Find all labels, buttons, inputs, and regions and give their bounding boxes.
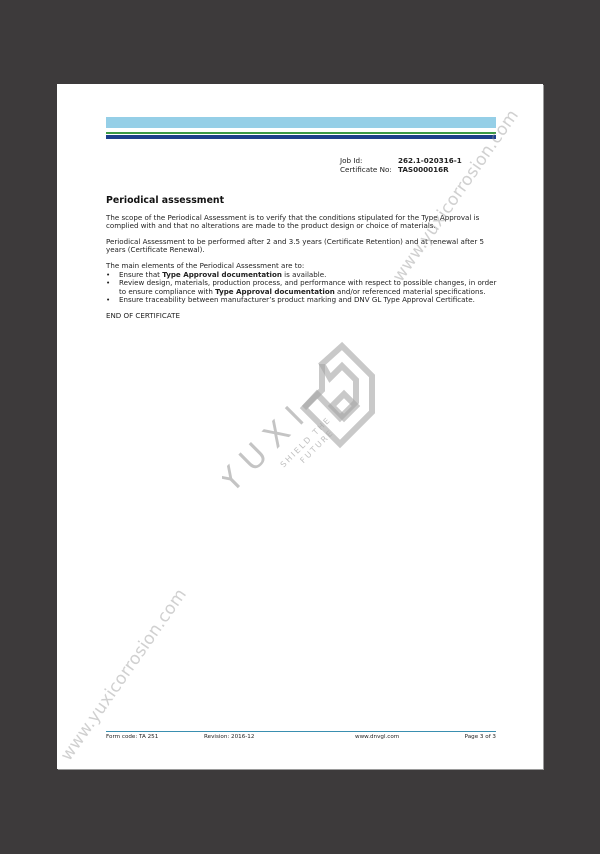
logo-tagline-2: FUTURE bbox=[298, 428, 335, 465]
paragraph-schedule: Periodical Assessment to be performed af… bbox=[106, 238, 498, 255]
cube-shield-icon bbox=[304, 346, 372, 444]
yuxi-logo-watermark: YUXI SHIELD THE FUTURE bbox=[222, 334, 392, 504]
header-bar-navy bbox=[106, 135, 496, 139]
footer-revision: Revision: 2016-12 bbox=[204, 734, 254, 740]
certificate-no-row: Certificate No: TAS000016R bbox=[340, 165, 462, 174]
job-id-row: Job Id: 262.1-020316-1 bbox=[340, 156, 462, 165]
footer-form-code: Form code: TA 251 bbox=[106, 734, 158, 740]
footer-divider bbox=[106, 731, 496, 732]
job-id-value: 262.1-020316-1 bbox=[398, 156, 462, 165]
bullet-icon: • bbox=[106, 279, 110, 288]
header-bar-green bbox=[106, 132, 496, 134]
certificate-page: Job Id: 262.1-020316-1 Certificate No: T… bbox=[57, 84, 543, 769]
certificate-no-label: Certificate No: bbox=[340, 165, 398, 174]
list-item: • Ensure traceability between manufactur… bbox=[106, 296, 498, 305]
header-bar-light-blue bbox=[106, 117, 496, 128]
footer-page-number: Page 3 of 3 bbox=[465, 734, 496, 740]
list-item: • Review design, materials, production p… bbox=[106, 279, 498, 296]
logo-brand-text: YUXI bbox=[222, 392, 318, 500]
certificate-meta: Job Id: 262.1-020316-1 Certificate No: T… bbox=[340, 156, 462, 174]
bullet-icon: • bbox=[106, 296, 110, 305]
certificate-no-value: TAS000016R bbox=[398, 165, 449, 174]
end-of-certificate: END OF CERTIFICATE bbox=[106, 312, 498, 321]
job-id-label: Job Id: bbox=[340, 156, 398, 165]
footer-website: www.dnvgl.com bbox=[355, 734, 399, 740]
logo-tagline-1: SHIELD THE bbox=[279, 415, 333, 469]
assessment-elements-list: • Ensure that Type Approval documentatio… bbox=[106, 271, 498, 305]
